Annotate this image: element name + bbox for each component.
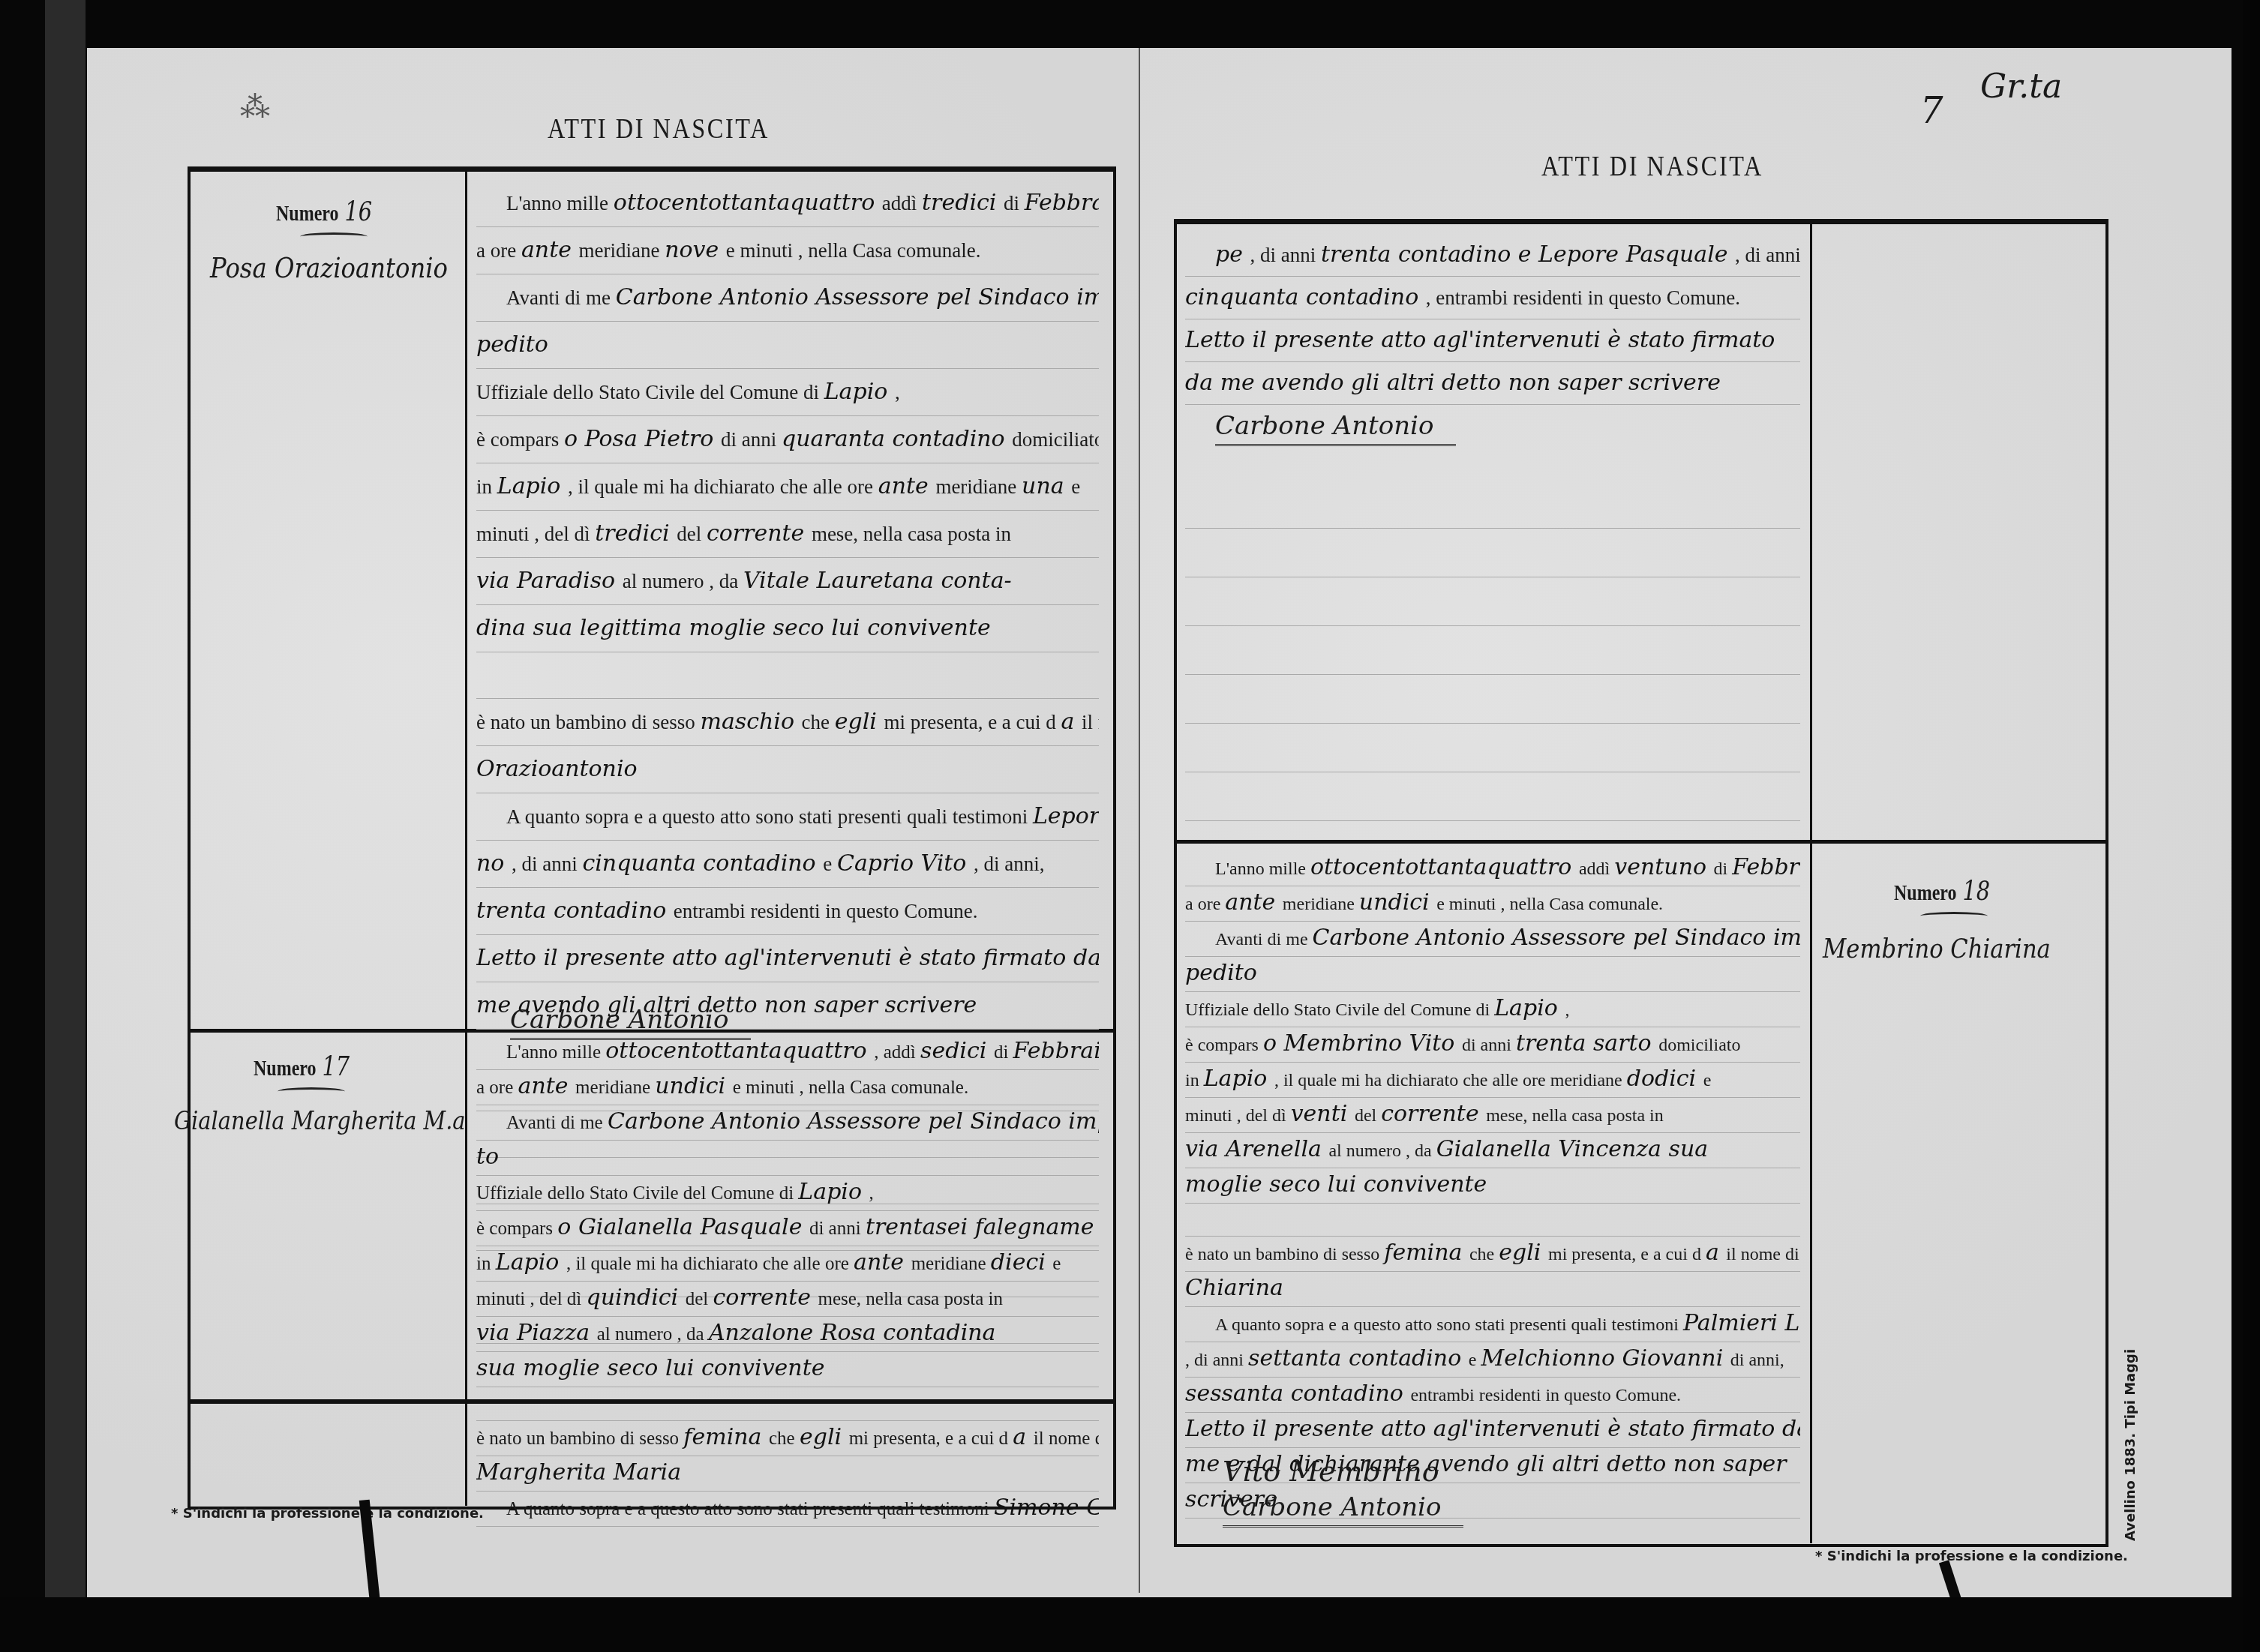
printed-text: , da xyxy=(709,570,743,592)
printed-text: meridiane xyxy=(935,475,1022,498)
act-line: via Paradiso al numero , da Vitale Laure… xyxy=(476,558,1099,605)
printed-text: a ore xyxy=(1185,895,1225,914)
printed-text: L'anno mille xyxy=(506,1042,605,1063)
act-line: pedito xyxy=(1185,957,1800,992)
handwritten-entry: egli xyxy=(800,1424,849,1450)
handwritten-entry: Lapio xyxy=(824,379,895,405)
printed-text: di xyxy=(1714,859,1733,879)
act-line: via Piazza al numero , da Anzalone Rosa … xyxy=(476,1317,1099,1352)
handwritten-entry: Caprio Vito xyxy=(837,850,974,877)
handwritten-entry: Vitale Lauretana conta- xyxy=(743,568,1012,594)
book-edge xyxy=(45,0,86,1652)
printed-text: meridiane xyxy=(575,1078,655,1098)
printed-text: entrambi residenti in questo Comune. xyxy=(674,900,978,922)
printed-text: e xyxy=(1071,475,1080,498)
footnote: * S'indichi la professione e la condizio… xyxy=(171,1506,484,1522)
handwritten-entry: Lapio xyxy=(1494,995,1565,1021)
printed-text: a ore xyxy=(476,239,521,262)
act-line: a ore ante meridiane undici e minuti , n… xyxy=(476,1070,1099,1105)
handwritten-entry: Lapio xyxy=(496,1249,566,1276)
handwritten-entry: ante xyxy=(518,1073,576,1099)
handwritten-entry: trenta xyxy=(1321,241,1398,268)
printed-text: L'anno mille xyxy=(506,192,614,214)
printed-text: in xyxy=(476,475,497,498)
act-line: to xyxy=(476,1141,1099,1176)
handwritten-entry: trenta xyxy=(476,898,554,924)
printed-text: , il quale mi ha dichiarato che alle ore xyxy=(566,1254,854,1274)
printed-text: del xyxy=(686,1289,713,1309)
handwritten-entry: settanta contadino xyxy=(1248,1345,1469,1372)
handwritten-entry: contadino e Lepore Pasquale xyxy=(1398,241,1735,268)
act-line: L'anno mille ottocentottantaquattro , ad… xyxy=(476,1035,1099,1070)
printed-text: domiciliato xyxy=(1012,428,1099,451)
margin-name: Membrino Chiarina xyxy=(1823,934,2051,964)
act-line: è compars o Posa Pietro di anni quaranta… xyxy=(476,416,1099,463)
handwritten-entry: Letto il presente atto agl'intervenuti è… xyxy=(1185,1416,1800,1442)
handwritten-entry: o Membrino Vito xyxy=(1263,1030,1462,1057)
printed-text: a ore xyxy=(476,1078,518,1098)
act-line: cinquanta contadino , entrambi residenti… xyxy=(1185,277,1800,319)
handwritten-entry: sedici xyxy=(920,1038,994,1064)
handwritten-entry: Febbraio xyxy=(1732,854,1800,880)
handwritten-entry: Margherita Maria xyxy=(476,1459,681,1486)
handwritten-entry: via Paradiso xyxy=(476,568,623,594)
act-line: Avanti di me Carbone Antonio Assessore p… xyxy=(476,1105,1099,1141)
printed-text: il nome di xyxy=(1726,1245,1799,1264)
handwritten-entry: falegname xyxy=(975,1214,1099,1240)
handwritten-entry: via Piazza xyxy=(476,1320,597,1346)
act-line: sua moglie seco lui convivente xyxy=(476,1352,1099,1387)
printed-text: , il quale mi ha dichiarato che alle ore xyxy=(568,475,878,498)
handwritten-entry: egli xyxy=(1499,1240,1548,1266)
act-line: Uffiziale dello Stato Civile del Comune … xyxy=(476,369,1099,416)
printed-text: A quanto sopra e a questo atto sono stat… xyxy=(506,1499,994,1519)
footnote: * S'indichi la professione e la condizio… xyxy=(1815,1549,2128,1564)
act-line xyxy=(476,1387,1099,1421)
printed-text: è nato un bambino di sesso xyxy=(1185,1245,1384,1264)
act-line: Orazioantonio xyxy=(476,746,1099,793)
act-line: pe , di anni trenta contadino e Lepore P… xyxy=(1185,234,1800,277)
margin-name: Gialanella Margherita M.a xyxy=(174,1106,466,1136)
act-line: Uffiziale dello Stato Civile del Comune … xyxy=(476,1176,1099,1211)
handwritten-entry: ottocentottantaquattro xyxy=(605,1038,874,1064)
act-line: è compars o Membrino Vito di anni trenta… xyxy=(1185,1027,1800,1063)
printed-text: , del dì xyxy=(534,523,595,545)
printed-text: in xyxy=(476,1254,496,1274)
printed-text: mese, nella casa posta in xyxy=(1486,1106,1664,1126)
left-corner-mark: ⁂ xyxy=(240,90,270,124)
handwritten-entry: Melchionno Giovanni xyxy=(1481,1345,1730,1372)
act-line: L'anno mille ottocentottantaquattro addì… xyxy=(1185,851,1800,886)
handwritten-entry: cinquanta contadino xyxy=(582,850,823,877)
handwritten-entry: sarto xyxy=(1593,1030,1658,1057)
printed-text: minuti xyxy=(476,1289,530,1309)
handwritten-entry: quindici xyxy=(587,1285,686,1311)
handwritten-entry: Lepore Pellegri- xyxy=(1033,803,1099,829)
printed-text: è compars xyxy=(476,1219,557,1239)
handwritten-entry: da me avendo gli altri detto non saper s… xyxy=(1185,370,1721,396)
printed-text: , il quale mi ha dichiarato che alle ore xyxy=(1274,1071,1550,1090)
left-column-divider xyxy=(465,166,467,1506)
printed-text: e minuti xyxy=(733,1078,800,1098)
act-line: a ore ante meridiane nove e minuti , nel… xyxy=(476,227,1099,274)
right-column-divider xyxy=(1810,219,1812,1543)
birth-act-17: L'anno mille ottocentottantaquattro , ad… xyxy=(476,1035,1099,1527)
ornament-swirl xyxy=(278,1087,345,1096)
handwritten-entry: trenta xyxy=(1516,1030,1593,1057)
printer-imprint: Avellino 1883. Tipi Maggi xyxy=(2123,1349,2138,1541)
act-line: Letto il presente atto agl'intervenuti è… xyxy=(1185,1413,1800,1448)
printed-text: , xyxy=(1565,1000,1569,1020)
printed-text: mese, nella casa posta in xyxy=(818,1289,1003,1309)
act-line: via Arenella al numero , da Gialanella V… xyxy=(1185,1133,1800,1168)
printed-text: A quanto sopra e a questo atto sono stat… xyxy=(506,805,1033,828)
right-page-title: ATTI DI NASCITA xyxy=(1541,150,1763,183)
act-line: Letto il presente atto agl'intervenuti è… xyxy=(1185,319,1800,362)
faint-bleed-lines xyxy=(1185,480,1800,821)
act-line: Letto il presente atto agl'intervenuti è… xyxy=(476,935,1099,982)
printed-text: , xyxy=(869,1183,874,1204)
act-line: da me avendo gli altri detto non saper s… xyxy=(1185,362,1800,405)
handwritten-entry: a xyxy=(1706,1240,1726,1266)
printed-text: del xyxy=(677,523,707,545)
handwritten-entry: contadino xyxy=(892,426,1012,452)
printed-text: Uffiziale dello Stato Civile del Comune … xyxy=(476,381,824,403)
handwritten-entry: corrente xyxy=(707,520,812,547)
handwritten-entry: ante xyxy=(521,237,579,263)
act-line: è nato un bambino di sesso femina che eg… xyxy=(1185,1237,1800,1272)
handwritten-entry: Lapio xyxy=(497,473,568,499)
handwritten-entry: quaranta xyxy=(782,426,892,452)
handwritten-entry: no xyxy=(476,850,512,877)
act-line: a ore ante meridiane undici e minuti , n… xyxy=(1185,886,1800,922)
printed-text: , da xyxy=(1406,1141,1436,1161)
printed-text: il nome di xyxy=(1034,1429,1099,1449)
act-line: Avanti di me Carbone Antonio Assessore p… xyxy=(476,274,1099,322)
signature-officer: Carbone Antonio xyxy=(1223,1492,1463,1528)
handwritten-entry: pe xyxy=(1215,241,1250,268)
handwritten-entry: corrente xyxy=(1381,1101,1486,1127)
printed-text: , del dì xyxy=(1237,1106,1291,1126)
act-line: pedito xyxy=(476,322,1099,369)
act-line: dina sua legittima moglie seco lui convi… xyxy=(476,605,1099,652)
act-line: Chiarina xyxy=(1185,1272,1800,1307)
handwritten-entry: Carbone Antonio Assessore pel Sindaco im… xyxy=(616,284,1099,310)
printed-text: del xyxy=(1355,1106,1381,1126)
act-line: A quanto sopra e a questo atto sono stat… xyxy=(476,1492,1099,1527)
printed-text: che xyxy=(802,711,835,733)
printed-text: e xyxy=(823,853,837,875)
act-line: sessanta contadino entrambi residenti in… xyxy=(1185,1378,1800,1413)
handwritten-entry: maschio xyxy=(700,709,801,735)
act-line: in Lapio , il quale mi ha dichiarato che… xyxy=(476,463,1099,511)
handwritten-entry: dodici xyxy=(1627,1066,1703,1092)
printed-text: di anni xyxy=(809,1219,866,1239)
printed-text: entrambi residenti in questo Comune. xyxy=(1410,1386,1681,1405)
ornament-swirl xyxy=(300,232,368,241)
page-number-mark: 7 xyxy=(1920,90,1943,132)
handwritten-entry: pedito xyxy=(476,331,548,358)
printed-text: , da xyxy=(677,1324,709,1345)
printed-text: mi presenta, e a cui d xyxy=(1548,1245,1706,1264)
signature: Carbone Antonio xyxy=(1215,411,1456,446)
handwritten-entry: ante xyxy=(854,1249,911,1276)
handwritten-entry: tredici xyxy=(595,520,677,547)
printed-text: domiciliato xyxy=(1658,1036,1740,1055)
printed-text: A quanto sopra e a questo atto sono stat… xyxy=(1215,1315,1683,1335)
printed-text: di xyxy=(1004,192,1025,214)
handwritten-entry: ottocentottantaquattro xyxy=(1310,854,1579,880)
act-line: minuti , del dì tredici del corrente mes… xyxy=(476,511,1099,558)
act-separator xyxy=(1174,840,2105,844)
printed-text: minuti xyxy=(476,523,534,545)
printed-text: al numero xyxy=(623,570,709,592)
birth-act-16: L'anno mille ottocentottantaquattro addì… xyxy=(476,180,1099,1030)
handwritten-entry: a xyxy=(1061,709,1082,735)
act-line: A quanto sopra e a questo atto sono stat… xyxy=(476,793,1099,841)
act-line xyxy=(1185,1204,1800,1237)
left-page-title: ATTI DI NASCITA xyxy=(548,112,770,145)
act-line: in Lapio , il quale mi ha dichiarato che… xyxy=(1185,1063,1800,1098)
handwritten-entry: Carbone Antonio Assessore pel Sindaco im… xyxy=(608,1108,1099,1135)
act-line: è nato un bambino di sesso femina che eg… xyxy=(476,1421,1099,1456)
margin-name: Posa Orazioantonio xyxy=(210,251,448,284)
act-line: Margherita Maria xyxy=(476,1456,1099,1492)
handwritten-entry: trentasei xyxy=(866,1214,975,1240)
act-line: trenta contadino entrambi residenti in q… xyxy=(476,888,1099,935)
handwritten-entry: dina sua legittima moglie seco lui convi… xyxy=(476,615,991,641)
handwritten-entry: sua moglie seco lui convivente xyxy=(476,1355,825,1381)
act-line: L'anno mille ottocentottantaquattro addì… xyxy=(476,180,1099,227)
printed-text: , xyxy=(895,381,900,403)
act-number-17: Numero17 xyxy=(254,1051,350,1082)
handwritten-entry: to xyxy=(476,1144,499,1170)
printed-text: di anni xyxy=(1462,1036,1516,1055)
handwritten-entry: ante xyxy=(1225,889,1283,916)
handwritten-entry: o Posa Pietro xyxy=(564,426,721,452)
handwritten-entry: Orazioantonio xyxy=(476,756,638,782)
act-line: moglie seco lui convivente xyxy=(1185,1168,1800,1204)
act-line: , di anni settanta contadino e Melchionn… xyxy=(1185,1342,1800,1378)
printed-text: e xyxy=(1052,1254,1061,1274)
printed-text: Avanti di me xyxy=(1215,930,1313,949)
printed-text: e xyxy=(1469,1351,1481,1370)
handwritten-entry: nove xyxy=(665,237,726,263)
printed-text: addì xyxy=(1579,859,1614,879)
printed-text: meridiane xyxy=(579,239,665,262)
handwritten-entry: Chiarina xyxy=(1185,1275,1283,1301)
ornament-swirl xyxy=(1920,912,1988,920)
handwritten-entry: dieci xyxy=(991,1249,1053,1276)
printed-text: , entrambi residenti in questo Comune. xyxy=(1426,286,1740,309)
handwritten-entry: undici xyxy=(1359,889,1436,916)
act-line: no , di anni cinquanta contadino e Capri… xyxy=(476,841,1099,888)
handwritten-entry: femina xyxy=(1384,1240,1469,1266)
printed-text: al numero xyxy=(1328,1141,1406,1161)
printed-text: Uffiziale dello Stato Civile del Comune … xyxy=(1185,1000,1494,1020)
handwritten-entry: Letto il presente atto agl'intervenuti è… xyxy=(476,945,1099,971)
act-line: è compars o Gialanella Pasquale di anni … xyxy=(476,1211,1099,1246)
act-line: minuti , del dì quindici del corrente me… xyxy=(476,1282,1099,1317)
printed-text: Uffiziale dello Stato Civile del Comune … xyxy=(476,1183,798,1204)
printed-text: Avanti di me xyxy=(506,286,616,309)
handwritten-entry: ventuno xyxy=(1614,854,1713,880)
handwritten-entry: o Gialanella Pasquale xyxy=(557,1214,809,1240)
act-number-16: Numero16 xyxy=(276,196,372,227)
handwritten-entry: cinquanta xyxy=(1185,284,1306,310)
corner-annotation: Gr.ta xyxy=(1980,67,2062,106)
handwritten-entry: ante xyxy=(878,473,936,499)
handwritten-entry: via Arenella xyxy=(1185,1136,1328,1162)
printed-text: mi presenta, e a cui d xyxy=(849,1429,1013,1449)
handwritten-entry: ottocentottantaquattro xyxy=(614,190,882,216)
printed-text: , addì xyxy=(874,1042,920,1063)
handwritten-entry: Febbraio xyxy=(1025,190,1099,216)
scan-background xyxy=(0,1597,2260,1652)
handwritten-entry: egli xyxy=(835,709,884,735)
printed-text: , nella Casa comunale. xyxy=(1501,895,1664,914)
printed-text: di xyxy=(994,1042,1013,1063)
handwritten-entry: venti xyxy=(1291,1101,1355,1127)
printed-text: minuti xyxy=(1185,1106,1237,1126)
act-line: A quanto sopra e a questo atto sono stat… xyxy=(1185,1307,1800,1342)
signature-declarant: Vito Membrino xyxy=(1223,1455,1462,1491)
act-line: minuti , del dì venti del corrente mese,… xyxy=(1185,1098,1800,1133)
handwritten-entry: una xyxy=(1022,473,1071,499)
printed-text: e minuti xyxy=(1436,895,1500,914)
act-line: Uffiziale dello Stato Civile del Comune … xyxy=(1185,992,1800,1027)
printed-text: meridiane xyxy=(1550,1071,1627,1090)
continuation-of-act-17: pe , di anni trenta contadino e Lepore P… xyxy=(1185,234,1800,405)
handwritten-entry: Lapio xyxy=(1204,1066,1274,1092)
scan-background xyxy=(2243,0,2260,1652)
act-line: è nato un bambino di sesso maschio che e… xyxy=(476,699,1099,746)
printed-text: che xyxy=(1469,1245,1499,1264)
handwritten-entry: Simone Giusep- xyxy=(994,1495,1099,1521)
handwritten-entry: Lapio xyxy=(798,1179,869,1205)
printed-text: mi presenta, e a cui d xyxy=(884,711,1061,733)
handwritten-entry: femina xyxy=(683,1424,769,1450)
act-line xyxy=(476,652,1099,699)
handwritten-entry: Gialanella Vincenza sua xyxy=(1436,1136,1708,1162)
printed-text: , nella Casa comunale. xyxy=(798,239,981,262)
printed-text: addì xyxy=(882,192,922,214)
handwritten-entry: Carbone Antonio Assessore pel Sindaco im… xyxy=(1313,925,1800,951)
handwritten-entry: contadino xyxy=(1291,1381,1411,1407)
handwritten-entry: contadino xyxy=(554,898,674,924)
printed-text: e minuti xyxy=(726,239,798,262)
handwritten-entry: pedito xyxy=(1185,960,1257,986)
printed-text: in xyxy=(1185,1071,1204,1090)
printed-text: Avanti di me xyxy=(506,1113,608,1133)
handwritten-entry: tredici xyxy=(922,190,1004,216)
printed-text: è nato un bambino di sesso xyxy=(476,1429,683,1449)
printed-text: , del dì xyxy=(530,1289,587,1309)
printed-text: meridiane xyxy=(911,1254,991,1274)
handwritten-entry: moglie seco lui convivente xyxy=(1185,1171,1487,1198)
printed-text: di anni, xyxy=(1730,1351,1784,1370)
handwritten-entry: a xyxy=(1013,1424,1033,1450)
printed-text: , di anni, xyxy=(1735,244,1800,266)
handwritten-entry: sessanta xyxy=(1185,1381,1291,1407)
handwritten-entry: Letto il presente atto agl'intervenuti è… xyxy=(1185,327,1775,353)
handwritten-entry: Febbraio xyxy=(1013,1038,1099,1064)
printed-text: che xyxy=(769,1429,800,1449)
handwritten-entry: undici xyxy=(655,1073,732,1099)
printed-text: è compars xyxy=(1185,1036,1263,1055)
handwritten-entry: contadino xyxy=(1306,284,1426,310)
handwritten-entry: Palmieri Luigi xyxy=(1683,1310,1800,1336)
handwritten-entry: Anzalone Rosa contadina xyxy=(709,1320,996,1346)
act-number-18: Numero18 xyxy=(1894,876,1990,907)
printed-text: , di anni xyxy=(1185,1351,1248,1370)
printed-text: al numero xyxy=(597,1324,677,1345)
act-line: in Lapio , il quale mi ha dichiarato che… xyxy=(476,1246,1099,1282)
printed-text: , di anni xyxy=(1250,244,1322,266)
act-line: Avanti di me Carbone Antonio Assessore p… xyxy=(1185,922,1800,957)
printed-text: , di anni, xyxy=(974,853,1045,875)
printed-text: è nato un bambino di sesso xyxy=(476,711,700,733)
printed-text: mese, nella casa posta in xyxy=(812,523,1011,545)
printed-text: è compars xyxy=(476,428,564,451)
printed-text: il nome di xyxy=(1082,711,1099,733)
birth-act-18: L'anno mille ottocentottantaquattro addì… xyxy=(1185,851,1800,1519)
printed-text: L'anno mille xyxy=(1215,859,1310,879)
printed-text: e xyxy=(1703,1071,1712,1090)
printed-text: di anni xyxy=(721,428,782,451)
printed-text: , nella Casa comunale. xyxy=(800,1078,969,1098)
handwritten-entry: corrente xyxy=(713,1285,818,1311)
printed-text: meridiane xyxy=(1283,895,1359,914)
printed-text: , di anni xyxy=(512,853,583,875)
